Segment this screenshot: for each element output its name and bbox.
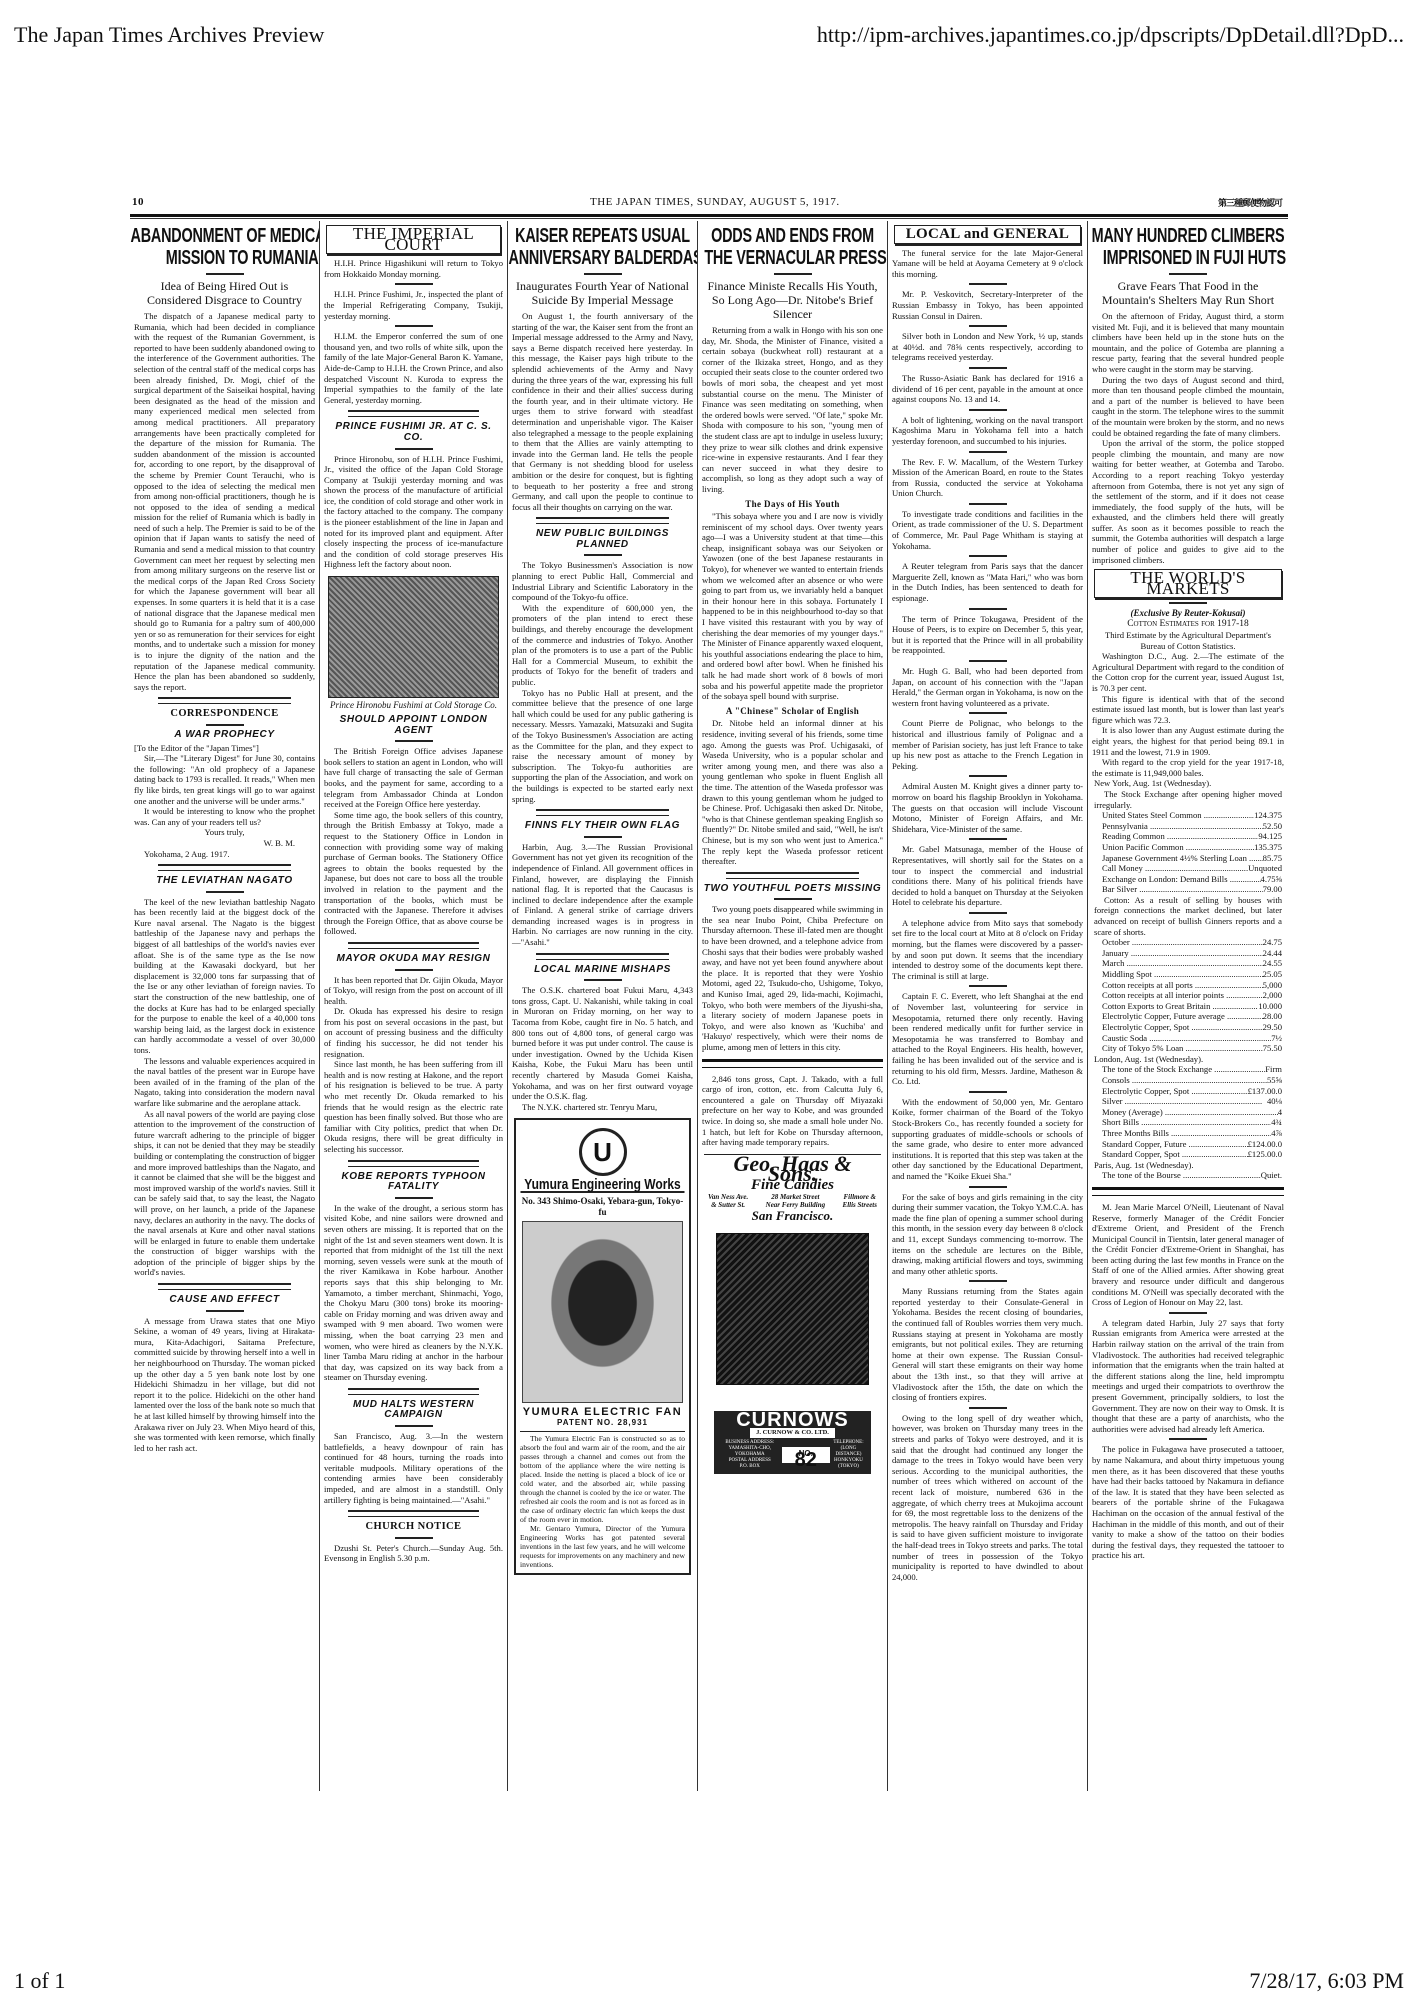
- quote-value: 10.000: [1258, 1001, 1282, 1012]
- article-body: The O.S.K. chartered boat Fukui Maru, 4,…: [512, 985, 693, 1102]
- article-body: A message from Urawa states that one Miy…: [134, 1316, 315, 1454]
- divider: [584, 273, 622, 275]
- quote-label: Cotton receipts at all ports: [1102, 980, 1263, 991]
- divider: [348, 410, 479, 417]
- subhead: Idea of Being Hired Out is Considered Di…: [134, 279, 315, 307]
- column-2: THE IMPERIAL COURT H.I.H. Prince Higashi…: [320, 221, 508, 1791]
- quote-label: Caustic Soda: [1102, 1033, 1271, 1044]
- quote-value: 24.44: [1263, 948, 1282, 959]
- photo-caption: Prince Hironobu Fushimi at Cold Storage …: [324, 700, 503, 711]
- quote-label: City of Tokyo 5% Loan: [1102, 1043, 1263, 1054]
- news-item: H.I.H. Prince Fushimi, Jr., inspected th…: [324, 289, 503, 321]
- quote-row: Electrolytic Copper, Spot£137.00.0: [1094, 1086, 1282, 1097]
- quote-row: Three Months Bills4⅞: [1094, 1128, 1282, 1139]
- postal-notice: 第三種郵便物認可: [1218, 196, 1282, 209]
- quote-label: Electrolytic Copper, Spot: [1102, 1086, 1248, 1097]
- news-item: The term of Prince Tokugawa, President o…: [892, 614, 1083, 656]
- quote-row: Cotton Exports to Great Britain10.000: [1094, 1001, 1282, 1012]
- divider: [206, 273, 244, 275]
- divider: [969, 660, 1007, 662]
- quote-row: March24.55: [1094, 958, 1282, 969]
- addr-left: Van Ness Ave.& Sutter St.: [708, 1193, 748, 1209]
- headline-line: THE VERNACULAR PRESS: [699, 247, 887, 269]
- quote-value: 4: [1278, 1107, 1282, 1118]
- markets-para: Washington D.C., Aug. 2.—The estimate of…: [1092, 651, 1284, 693]
- headline-kaiser: KAISER REPEATS USUAL ANNIVERSARY BALDERD…: [509, 225, 697, 269]
- headline-vernacular-press: ODDS AND ENDS FROM THE VERNACULAR PRESS: [699, 225, 887, 269]
- quote-label: Standard Copper, Future: [1102, 1139, 1248, 1150]
- headline-line: ANNIVERSARY BALDERDASH: [509, 247, 697, 269]
- ad-yumura-engineering: U Yumura Engineering Works No. 343 Shimo…: [514, 1118, 691, 1575]
- ad-company: J. CURNOW & CO. LTD.: [750, 1428, 835, 1439]
- ad-address: No. 343 Shimo-Osaki, Yebara-gun, Tokyo-f…: [520, 1196, 685, 1217]
- market-note: The Stock Exchange after opening higher …: [1094, 789, 1282, 810]
- divider: [206, 891, 244, 893]
- article-body: With the expenditure of 600,000 yen, the…: [512, 603, 693, 688]
- subsection-title: The Days of His Youth: [702, 499, 883, 510]
- article-body-continued: 2,846 tons gross, Capt. J. Takado, with …: [702, 1074, 883, 1148]
- quote-value: 28.00: [1263, 1011, 1282, 1022]
- print-header: The Japan Times Archives Preview http://…: [14, 22, 1404, 52]
- quote-row: Reading Common94.125: [1094, 831, 1282, 842]
- newspaper-page: 10 THE JAPAN TIMES, SUNDAY, AUGUST 5, 19…: [130, 188, 1288, 1798]
- article-title: SHOULD APPOINT LONDON AGENT: [324, 715, 503, 736]
- quote-value: £137.00.0: [1248, 1086, 1282, 1097]
- print-header-title: The Japan Times Archives Preview: [14, 22, 324, 52]
- divider: [348, 942, 479, 949]
- news-item: Many Russians returning from the States …: [892, 1286, 1083, 1403]
- quote-value: 25.05: [1263, 969, 1282, 980]
- divider: [969, 1280, 1007, 1282]
- quote-value: 7½: [1271, 1033, 1282, 1044]
- divider: [395, 969, 433, 971]
- divider: [206, 724, 244, 726]
- quote-label: Three Months Bills: [1102, 1128, 1271, 1139]
- divider: [969, 775, 1007, 777]
- ad-curnows: CURNOWS J. CURNOW & CO. LTD. BUSINESS AD…: [714, 1411, 871, 1474]
- article-body: Tokyo has no Public Hall at present, and…: [512, 688, 693, 805]
- box-headline-local-general: LOCAL and GENERAL: [894, 225, 1081, 244]
- box-headline-imperial-court: THE IMPERIAL COURT: [326, 225, 501, 254]
- divider: [158, 864, 291, 871]
- quote-label: Cotton receipts at all interior points: [1102, 990, 1263, 1001]
- tel-line: (TOKYO): [830, 1464, 867, 1470]
- article-title: LOCAL MARINE MISHAPS: [512, 965, 693, 976]
- quote-row: Consols55⅝: [1094, 1075, 1282, 1086]
- quote-value: 4⅞: [1271, 1128, 1282, 1139]
- divider: [1169, 1438, 1207, 1440]
- article-title: A WAR PROPHECY: [134, 730, 315, 741]
- article-body: The N.Y.K. chartered str. Tenryu Maru,: [512, 1102, 693, 1113]
- quote-label: Exchange on London: Demand Bills: [1102, 874, 1261, 885]
- divider: [726, 872, 859, 879]
- markets-para: This figure is identical with that of th…: [1092, 694, 1284, 726]
- article-body: In the wake of the drought, a serious st…: [324, 1203, 503, 1383]
- quote-row: Electrolytic Copper, Future average28.00: [1094, 1011, 1282, 1022]
- article-body: Dr. Nitobe held an informal dinner at hi…: [702, 718, 883, 866]
- quote-value: £125.00.0: [1248, 1149, 1282, 1160]
- divider: [774, 273, 812, 275]
- divider: [969, 1186, 1007, 1188]
- headline-line: ODDS AND ENDS FROM: [699, 225, 887, 247]
- quote-label: Electrolytic Copper, Spot: [1102, 1022, 1263, 1033]
- article-body: The dispatch of a Japanese medical party…: [134, 311, 315, 692]
- market-place: London, Aug. 1st (Wednesday).: [1094, 1054, 1282, 1065]
- article-title: FINNS FLY THEIR OWN FLAG: [512, 821, 693, 832]
- divider: [969, 712, 1007, 714]
- divider: [584, 554, 622, 556]
- article-body: Dr. Okuda has expressed his desire to re…: [324, 1006, 503, 1059]
- headline-line: MISSION TO RUMANIA: [131, 247, 319, 269]
- article-body: San Francisco, Aug. 3.—In the western ba…: [324, 1431, 503, 1505]
- quote-label: United States Steel Common: [1102, 810, 1254, 821]
- ad-patent: PATENT NO. 28,931: [520, 1418, 685, 1429]
- quote-label: Money (Average): [1102, 1107, 1278, 1118]
- divider: [395, 325, 433, 327]
- print-header-url: http://ipm-archives.japantimes.co.jp/dps…: [817, 22, 1404, 52]
- article-title: MUD HALTS WESTERN CAMPAIGN: [324, 1400, 503, 1421]
- quote-label: Cotton Exports to Great Britain: [1102, 1001, 1258, 1012]
- cotton-subtitle: Third Estimate by the Agricultural Depar…: [1092, 630, 1284, 651]
- article-body: The keel of the new leviathan battleship…: [134, 897, 315, 1056]
- ad-description-text: The Yumura Electric Fan is constructed s…: [520, 1434, 685, 1524]
- letter-closing: Yours truly,: [134, 827, 315, 838]
- quote-label: March: [1102, 958, 1263, 969]
- news-item: With the endowment of 50,000 yen, Mr. Ge…: [892, 1097, 1083, 1182]
- column-4: ODDS AND ENDS FROM THE VERNACULAR PRESS …: [698, 221, 888, 1791]
- ad-director-note: Mr. Gentaro Yumura, Director of the Yumu…: [520, 1524, 685, 1569]
- number-value: 82: [795, 1449, 817, 1471]
- addr-line: YAMASHITA-CHO, YOKOHAMA: [718, 1446, 782, 1458]
- news-item: To investigate trade conditions and faci…: [892, 509, 1083, 551]
- quote-label: Union Pacific Common: [1102, 842, 1254, 853]
- quote-value: 52.50: [1263, 821, 1282, 832]
- subhead: Grave Fears That Food in the Mountain's …: [1092, 279, 1284, 307]
- electric-fan-image: [522, 1221, 683, 1403]
- article-body: The police in Fukagawa have prosecuted a…: [1092, 1444, 1284, 1561]
- quote-label: January: [1102, 948, 1263, 959]
- column-grid: ABANDONMENT OF MEDICAL MISSION TO RUMANI…: [130, 221, 1288, 1791]
- quote-row: Money (Average)4: [1094, 1107, 1282, 1118]
- news-item: A bolt of lightening, working on the nav…: [892, 415, 1083, 447]
- article-body: M. Jean Marie Marcel O'Neill, Lieutenant…: [1092, 1202, 1284, 1308]
- letter-signature: W. B. M.: [134, 838, 315, 849]
- divider: [774, 898, 812, 900]
- divider: [1169, 602, 1207, 604]
- quote-value: £124.00.0: [1248, 1139, 1282, 1150]
- divider: [969, 325, 1007, 327]
- divider: [395, 740, 433, 742]
- market-place: Paris, Aug. 1st (Wednesday).: [1094, 1160, 1282, 1171]
- article-title: PRINCE FUSHIMI JR. AT C. S. CO.: [324, 422, 503, 443]
- yumura-logo-icon: U: [579, 1128, 627, 1176]
- divider: [348, 1160, 479, 1167]
- print-timestamp: 7/28/17, 6:03 PM: [1249, 1968, 1404, 1994]
- article-body: During the two days of August second and…: [1092, 375, 1284, 439]
- headline-fuji-climbers: MANY HUNDRED CLIMBERS IMPRISONED IN FUJI…: [1090, 225, 1286, 269]
- tel-line: (LONG DISTANCE): [830, 1446, 867, 1458]
- quote-row: October24.75: [1094, 937, 1282, 948]
- article-title: MAYOR OKUDA MAY RESIGN: [324, 954, 503, 965]
- quote-row: Call MoneyUnquoted: [1094, 863, 1282, 874]
- article-body: A telegram dated Harbin, July 27 says th…: [1092, 1318, 1284, 1435]
- divider: [395, 283, 433, 285]
- markets-byline: (Exclusive By Reuter-Kokusai): [1092, 608, 1284, 619]
- article-body: "This sobaya where you and I are now is …: [702, 511, 883, 702]
- divider: [969, 1407, 1007, 1409]
- quote-row: The tone of the BourseQuiet.: [1094, 1170, 1282, 1181]
- quote-label: Pennsylvania: [1102, 821, 1263, 832]
- markets-para: It is also lower than any August estimat…: [1092, 725, 1284, 757]
- quote-value: 55⅝: [1267, 1075, 1282, 1086]
- market-quotes: New York, Aug. 1st (Wednesday). The Stoc…: [1094, 778, 1282, 1181]
- article-body: Some time ago, the book sellers of this …: [324, 810, 503, 937]
- market-note: Cotton: As a result of selling by houses…: [1094, 895, 1282, 937]
- addr-line: Ellis Streets: [843, 1201, 877, 1209]
- headline-line: ABANDONMENT OF MEDICAL: [131, 225, 319, 247]
- quote-label: Bar Silver: [1102, 884, 1263, 895]
- quote-row: Exchange on London: Demand Bills4.75⅝: [1094, 874, 1282, 885]
- article-body: It has been reported that Dr. Gijin Okud…: [324, 975, 503, 1007]
- section-title-church: CHURCH NOTICE: [324, 1522, 503, 1533]
- addr-line: P.O. BOX: [718, 1464, 782, 1470]
- divider: [969, 283, 1007, 285]
- article-body: Prince Hironobu, son of H.I.H. Prince Fu…: [324, 454, 503, 571]
- letter-salutation: [To the Editor of the "Japan Times"]: [134, 743, 315, 754]
- divider: [969, 555, 1007, 557]
- news-item: Silver both in London and New York, ½ up…: [892, 331, 1083, 363]
- divider: [1169, 1312, 1207, 1314]
- page-number: 10: [132, 196, 144, 208]
- news-item: A Reuter telegram from Paris says that t…: [892, 561, 1083, 603]
- headline-line: KAISER REPEATS USUAL: [509, 225, 697, 247]
- ad-addresses: BUSINESS ADDRESS: YAMASHITA-CHO, YOKOHAM…: [718, 1440, 782, 1470]
- divider: [969, 912, 1007, 914]
- news-item: Mr. Gabel Matsunaga, member of the House…: [892, 844, 1083, 908]
- quote-row: Japanese Government 4½% Sterling Loan85.…: [1094, 853, 1282, 864]
- news-item: Owing to the long spell of dry weather w…: [892, 1413, 1083, 1583]
- headline-line: MANY HUNDRED CLIMBERS: [1090, 225, 1286, 247]
- quote-row: Caustic Soda7½: [1094, 1033, 1282, 1044]
- addr-line: Fillmore &: [844, 1193, 876, 1201]
- divider: [395, 1537, 433, 1539]
- masthead-rule-thin: [130, 218, 1288, 219]
- cotton-title: Cotton Estimates for 1917-18: [1092, 619, 1284, 630]
- markets-para: With regard to the crop yield for the ye…: [1092, 757, 1284, 778]
- divider: [1092, 1187, 1284, 1196]
- news-item: Admiral Austen M. Knight gives a dinner …: [892, 781, 1083, 834]
- ad-city: San Francisco.: [708, 1211, 877, 1222]
- letter-body: It would be interesting to know who the …: [134, 806, 315, 827]
- addr-mid: 28 Market StreetNear Ferry Building: [766, 1193, 826, 1209]
- quote-value: 5,000: [1263, 980, 1282, 991]
- masthead-title: THE JAPAN TIMES, SUNDAY, AUGUST 5, 1917.: [590, 196, 840, 208]
- quote-label: Call Money: [1102, 863, 1248, 874]
- quote-label: Reading Common: [1102, 831, 1258, 842]
- news-item: Mr. Hugh G. Ball, who had been deported …: [892, 666, 1083, 708]
- article-body: The lessons and valuable experiences acq…: [134, 1056, 315, 1109]
- news-item: H.I.H. Prince Higashikuni will return to…: [324, 258, 503, 279]
- divider: [158, 1283, 291, 1290]
- article-body: Harbin, Aug. 3.—The Russian Provisional …: [512, 842, 693, 948]
- divider: [969, 1091, 1007, 1093]
- print-footer: 1 of 1 7/28/17, 6:03 PM: [14, 1968, 1404, 1994]
- quote-value: 79.00: [1263, 884, 1282, 895]
- quote-label: Electrolytic Copper, Future average: [1102, 1011, 1263, 1022]
- quote-value: 4¾: [1271, 1117, 1282, 1128]
- divider: [395, 448, 433, 450]
- divider: [702, 1059, 883, 1068]
- quote-row: Cotton receipts at all ports5,000: [1094, 980, 1282, 991]
- quote-row: Middling Spot25.05: [1094, 969, 1282, 980]
- quote-value: 124.375: [1254, 810, 1282, 821]
- quote-label: Short Bills: [1102, 1117, 1271, 1128]
- news-item: For the sake of boys and girls remaining…: [892, 1192, 1083, 1277]
- quote-value: 4.75⅝: [1261, 874, 1282, 885]
- quote-row: Electrolytic Copper, Spot29.50: [1094, 1022, 1282, 1033]
- quote-value: 2,000: [1263, 990, 1282, 1001]
- divider: [969, 409, 1007, 411]
- addr-right: Fillmore &Ellis Streets: [843, 1193, 877, 1209]
- masthead: 10 THE JAPAN TIMES, SUNDAY, AUGUST 5, 19…: [130, 188, 1288, 212]
- news-item: A telephone advice from Mito says that s…: [892, 918, 1083, 982]
- article-body: The British Foreign Office advises Japan…: [324, 746, 503, 810]
- column-6: MANY HUNDRED CLIMBERS IMPRISONED IN FUJI…: [1088, 221, 1288, 1791]
- divider: [584, 979, 622, 981]
- quote-label: The tone of the Bourse: [1102, 1170, 1261, 1181]
- article-body: Two young poets disappeared while swimmi…: [702, 904, 883, 1052]
- quote-value: 24.75: [1263, 937, 1282, 948]
- quote-label: Silver: [1102, 1096, 1267, 1107]
- ad-brand: CURNOWS: [718, 1415, 867, 1426]
- ad-addresses: Van Ness Ave.& Sutter St. 28 Market Stre…: [708, 1193, 877, 1209]
- letter-body: Sir,—The "Literary Digest" for June 30, …: [134, 753, 315, 806]
- article-body: Dzushi St. Peter's Church.—Sunday Aug. 5…: [324, 1543, 503, 1564]
- quote-row: Bar Silver79.00: [1094, 884, 1282, 895]
- quote-value: 24.55: [1263, 958, 1282, 969]
- quote-label: Consols: [1102, 1075, 1267, 1086]
- ad-description: The Yumura Electric Fan is constructed s…: [520, 1431, 685, 1569]
- quote-row: Standard Copper, Future£124.00.0: [1094, 1139, 1282, 1150]
- quote-row: City of Tokyo 5% Loan75.50: [1094, 1043, 1282, 1054]
- ad-contact: BUSINESS ADDRESS: YAMASHITA-CHO, YOKOHAM…: [718, 1440, 867, 1470]
- news-item: H.I.M. the Emperor conferred the sum of …: [324, 331, 503, 405]
- page-count: 1 of 1: [14, 1968, 65, 1994]
- divider: [969, 451, 1007, 453]
- photo-prince-fushimi: [328, 576, 499, 698]
- article-body: Upon the arrival of the storm, the polic…: [1092, 438, 1284, 565]
- ad-number: NO. 82: [782, 1447, 830, 1463]
- news-item: Count Pierre de Polignac, who belongs to…: [892, 718, 1083, 771]
- quote-label: Japanese Government 4½% Sterling Loan: [1102, 853, 1263, 864]
- divider: [536, 809, 669, 816]
- article-body: On the afternoon of Friday, August third…: [1092, 311, 1284, 375]
- divider: [969, 838, 1007, 840]
- divider: [969, 985, 1007, 987]
- divider: [348, 1510, 479, 1517]
- quote-value: Unquoted: [1248, 863, 1282, 874]
- column-5: LOCAL and GENERAL The funeral service fo…: [888, 221, 1088, 1791]
- ad-telephone: TELEPHONE: (LONG DISTANCE) HONKYOKU (TOK…: [830, 1440, 867, 1470]
- divider: [395, 1425, 433, 1427]
- article-title: KOBE REPORTS TYPHOON FATALITY: [324, 1172, 503, 1193]
- quote-row: Union Pacific Common135.375: [1094, 842, 1282, 853]
- article-title: THE LEVIATHAN NAGATO: [134, 876, 315, 887]
- quote-row: United States Steel Common124.375: [1094, 810, 1282, 821]
- ad-product-name: YUMURA ELECTRIC FAN: [520, 1407, 685, 1418]
- ad-geo-haas: Geo. Haas & Sons. Fine Candies Van Ness …: [704, 1154, 881, 1225]
- addr-line: Van Ness Ave.: [708, 1193, 748, 1201]
- quote-value: 75.50: [1263, 1043, 1282, 1054]
- quote-value: Firm: [1265, 1064, 1282, 1075]
- quote-row: Pennsylvania52.50: [1094, 821, 1282, 832]
- divider: [206, 1310, 244, 1312]
- column-1: ABANDONMENT OF MEDICAL MISSION TO RUMANI…: [130, 221, 320, 1791]
- quote-value: 29.50: [1263, 1022, 1282, 1033]
- ad-product: Fine Candies: [708, 1180, 877, 1191]
- article-body: Returning from a walk in Hongo with his …: [702, 325, 883, 495]
- quote-label: Standard Copper, Spot: [1102, 1149, 1248, 1160]
- quote-row: Cotton receipts at all interior points2,…: [1094, 990, 1282, 1001]
- divider: [969, 608, 1007, 610]
- divider: [158, 697, 291, 704]
- quote-row: The tone of the Stock ExchangeFirm: [1094, 1064, 1282, 1075]
- quote-label: October: [1102, 937, 1263, 948]
- quote-label: Middling Spot: [1102, 969, 1263, 980]
- news-item: Mr. P. Veskovitch, Secretary-Interpreter…: [892, 289, 1083, 321]
- quote-row: Short Bills4¾: [1094, 1117, 1282, 1128]
- subhead: Finance Ministe Recalls His Youth, So Lo…: [702, 279, 883, 321]
- article-body: As all naval powers of the world are pay…: [134, 1109, 315, 1279]
- quote-value: Quiet.: [1261, 1170, 1282, 1181]
- masthead-rule: [130, 214, 1288, 217]
- article-body: Since last month, he has been suffering …: [324, 1059, 503, 1154]
- quote-label: The tone of the Stock Exchange: [1102, 1064, 1265, 1075]
- section-title-correspondence: CORRESPONDENCE: [134, 709, 315, 720]
- headline-medical-mission: ABANDONMENT OF MEDICAL MISSION TO RUMANI…: [131, 225, 319, 269]
- market-place: New York, Aug. 1st (Wednesday).: [1094, 778, 1282, 789]
- addr-line: & Sutter St.: [711, 1201, 745, 1209]
- news-item: The Rev. F. W. Macallum, of the Western …: [892, 457, 1083, 499]
- quote-value: 135.375: [1254, 842, 1282, 853]
- article-body: The Tokyo Businessmen's Association is n…: [512, 560, 693, 602]
- divider: [969, 367, 1007, 369]
- article-body: On August 1, the fourth anniversary of t…: [512, 311, 693, 512]
- quote-row: January24.44: [1094, 948, 1282, 959]
- divider: [584, 836, 622, 838]
- divider: [395, 1197, 433, 1199]
- headline-line: IMPRISONED IN FUJI HUTS: [1090, 247, 1286, 269]
- quote-row: Silver40⅛: [1094, 1096, 1282, 1107]
- news-item: The funeral service for the late Major-G…: [892, 248, 1083, 280]
- divider: [348, 1388, 479, 1395]
- column-3: KAISER REPEATS USUAL ANNIVERSARY BALDERD…: [508, 221, 698, 1791]
- letter-place-date: Yokohama, 2 Aug. 1917.: [134, 849, 315, 860]
- subsection-title: A "Chinese" Scholar of English: [702, 706, 883, 717]
- news-item: Captain F. C. Everett, who left Shanghai…: [892, 991, 1083, 1086]
- box-headline-world-markets: THE WORLD'S MARKETS: [1094, 569, 1282, 598]
- divider: [536, 517, 669, 524]
- article-title: NEW PUBLIC BUILDINGS PLANNED: [512, 529, 693, 550]
- addr-line: 28 Market Street: [771, 1193, 819, 1201]
- divider: [1169, 273, 1207, 275]
- divider: [536, 953, 669, 960]
- divider: [969, 503, 1007, 505]
- quote-value: 85.75: [1263, 853, 1282, 864]
- ad-illustration-woman: [716, 1233, 869, 1385]
- quote-row: Standard Copper, Spot£125.00.0: [1094, 1149, 1282, 1160]
- quote-value: 94.125: [1258, 831, 1282, 842]
